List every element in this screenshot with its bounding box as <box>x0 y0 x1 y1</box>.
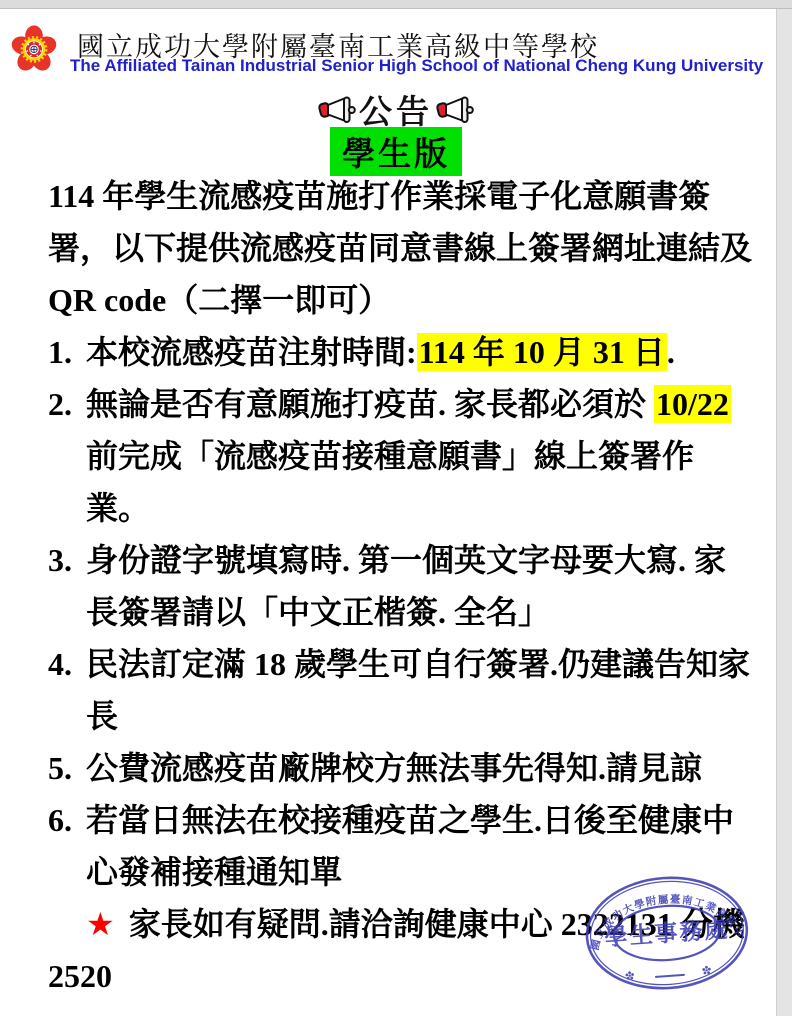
list-item: 4. 民法訂定滿 18 歲學生可自行簽署.仍建議告知家長 <box>48 638 756 742</box>
list-item: 3. 身份證字號填寫時. 第一個英文字母要大寫. 家長簽署請以「中文正楷簽. 全… <box>48 534 756 638</box>
item-number: 3. <box>48 534 86 638</box>
school-name-en: The Affiliated Tainan Industrial Senior … <box>70 56 763 76</box>
item-text-highlighted: 10/22 <box>654 385 731 423</box>
item-number: 5. <box>48 742 86 794</box>
megaphone-icon <box>317 95 357 125</box>
announcement-heading: 公告 <box>0 86 792 133</box>
version-badge-row: 學生版 <box>0 127 792 176</box>
item-text-plain: . <box>667 334 675 370</box>
item-number: 2. <box>48 378 86 534</box>
school-logo-icon <box>10 22 58 80</box>
announcement-document: 國立成功大學附屬臺南工業高級中等學校 The Affiliated Tainan… <box>0 0 792 1016</box>
scan-right-edge <box>776 0 792 1016</box>
item-text-plain: 本校流感疫苗注射時間: <box>86 334 417 370</box>
item-number: 6. <box>48 794 86 898</box>
star-icon: ★ <box>86 905 115 943</box>
list-item: 2. 無論是否有意願施打疫苗. 家長都必須於 10/22 前完成「流感疫苗接種意… <box>48 378 756 534</box>
version-badge: 學生版 <box>330 127 462 176</box>
item-text-plain: 前完成「流感疫苗接種意願書」線上簽署作業。 <box>86 438 694 526</box>
item-number: 4. <box>48 638 86 742</box>
list-item: 1. 本校流感疫苗注射時間:114 年 10 月 31 日. <box>48 326 756 378</box>
item-text-plain: 無論是否有意願施打疫苗. 家長都必須於 <box>86 386 654 422</box>
student-affairs-stamp: 國立成功大學附屬臺南工業高級中等學校 學生事務處 <box>578 868 756 1000</box>
intro-paragraph: 114 年學生流感疫苗施打作業採電子化意願書簽署，以下提供流感疫苗同意書線上簽署… <box>48 170 756 326</box>
item-text: 身份證字號填寫時. 第一個英文字母要大寫. 家長簽署請以「中文正楷簽. 全名」 <box>86 534 756 638</box>
item-number: 1. <box>48 326 86 378</box>
item-text: 本校流感疫苗注射時間:114 年 10 月 31 日. <box>86 326 756 378</box>
item-text: 公費流感疫苗廠牌校方無法事先得知.請見諒 <box>86 742 756 794</box>
item-text: 民法訂定滿 18 歲學生可自行簽署.仍建議告知家長 <box>86 638 756 742</box>
item-text: 無論是否有意願施打疫苗. 家長都必須於 10/22 前完成「流感疫苗接種意願書」… <box>86 378 756 534</box>
announcement-title: 公告 <box>359 86 433 133</box>
stamp-flower-decoration <box>625 966 711 980</box>
item-text-highlighted: 114 年 10 月 31 日 <box>417 333 667 371</box>
list-item: 5. 公費流感疫苗廠牌校方無法事先得知.請見諒 <box>48 742 756 794</box>
megaphone-icon <box>435 95 475 125</box>
scan-top-edge <box>0 0 792 9</box>
